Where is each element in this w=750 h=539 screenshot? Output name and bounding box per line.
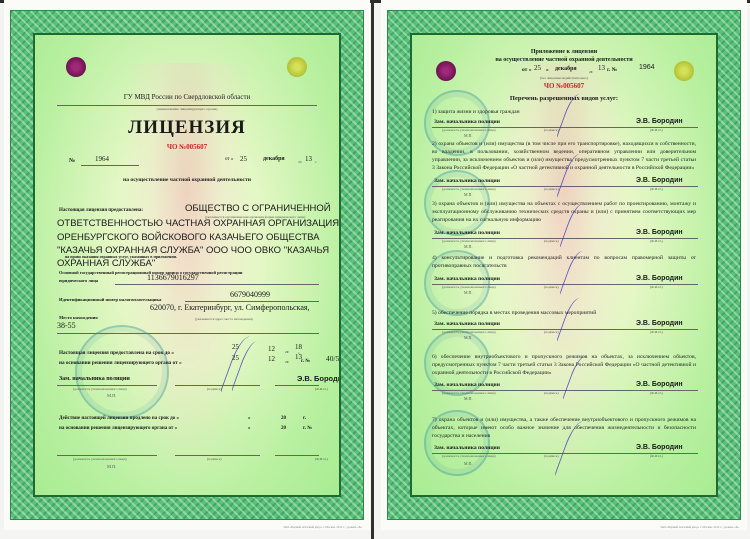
signer-name: Э.В. Бородин (636, 229, 683, 236)
series-number: ЧО №005607 (35, 143, 339, 151)
license-number: 1964 (95, 155, 109, 163)
appendix-date-prefix: от « (522, 67, 532, 73)
issue-month: декабря (263, 156, 285, 162)
org-name-line-3: ОРЕНБУРГСКОГО ВОЙСКОВОГО КАЗАЧЬЕГО ОБЩЕС… (57, 232, 320, 243)
seal-mark: М.П. (464, 133, 472, 138)
extension-basis-year: 20 (281, 426, 286, 431)
signer-position: Зам. начальника полиции (434, 382, 500, 388)
position-caption: (должность уполномоченного лица) (442, 128, 496, 132)
name-caption: (Ф.И.О.) (315, 387, 328, 391)
ext-position-caption: (должность уполномоченного лица) (73, 457, 127, 461)
basis-month: 12 (268, 355, 275, 363)
service-item: 2) охрана объектов и (или) имущества (в … (432, 140, 696, 172)
ext-position-line (57, 455, 157, 456)
basis-label: на основании решения лицензирующего орга… (59, 360, 182, 366)
number-label: № (69, 158, 75, 164)
term-year: 18 (295, 343, 302, 351)
name-caption: (Ф.И.О.) (650, 128, 663, 132)
position-caption: (должность уполномоченного лица) (442, 285, 496, 289)
address-line-2: 38-55 (57, 321, 76, 330)
olive-rosette-icon (287, 57, 307, 77)
name-caption: (Ф.И.О.) (650, 330, 663, 334)
license-page: ГУ МВД России по Свердловской области (н… (4, 0, 370, 530)
appendix-year: 13 (598, 64, 605, 72)
signer-position: Зам. начальника полиции (434, 445, 500, 451)
basis-year-prefix: 20 (285, 360, 289, 364)
term-year-prefix: 20 (285, 350, 289, 354)
signer-name: Э.В. Бородин (636, 381, 683, 388)
seal-mark: М.П. (464, 396, 472, 401)
service-item: 7) охрана объектов и (или) имущества, а … (432, 416, 696, 440)
seal-mark: М.П. (107, 393, 117, 398)
ogrn-label-2: юридического лица (59, 278, 98, 283)
signer-position: Зам. начальника полиции (434, 178, 500, 184)
inn-value: 6679040999 (230, 290, 270, 299)
license-body: ГУ МВД России по Свердловской области (н… (33, 33, 341, 497)
ext-signature-caption: (подпись) (207, 457, 222, 461)
guilloche-border: ГУ МВД России по Свердловской области (н… (10, 10, 364, 520)
name-caption: (Ф.И.О.) (650, 285, 663, 289)
address-line-1: 620070, г. Екатеринбург, ул. Симферополь… (150, 303, 310, 312)
handwritten-signature (556, 296, 587, 346)
location-label: Место нахождения (59, 315, 98, 320)
page-divider (371, 0, 374, 539)
signer-position: Зам. начальника полиции (434, 230, 500, 236)
appendix-title: Приложение к лицензии (412, 49, 716, 55)
name-caption: (Ф.И.О.) (650, 391, 663, 395)
appendix-day: 25 (534, 64, 541, 72)
term-month: 12 (268, 345, 275, 353)
name-caption: (Ф.И.О.) (650, 239, 663, 243)
signer-name: Э.В. Бородин (636, 275, 683, 282)
extension-suffix: г. (303, 416, 306, 421)
signer-position: Зам. начальника полиции (434, 321, 500, 327)
basis-number-label: г. № (301, 359, 310, 364)
ext-signature-line (175, 455, 260, 456)
seal-mark: М.П. (464, 290, 472, 295)
seal-mark: М.П. (464, 192, 472, 197)
signer-position: Зам. начальника полиции (59, 376, 130, 382)
position-caption: (должность уполномоченного лица) (442, 391, 496, 395)
guilloche-border-appendix: Приложение к лицензии на осуществление ч… (387, 10, 741, 520)
term-label: Настоящая лицензия предоставлена на срок… (59, 350, 174, 356)
appendix-number-label: г. № (607, 67, 617, 73)
appendix-day-suffix: » (546, 67, 549, 73)
signer-name: Э.В. Бородин (636, 118, 683, 125)
position-caption: (должность уполномоченного лица) (73, 387, 127, 391)
purple-rosette-icon (66, 57, 86, 77)
signature-caption: (подпись) (544, 128, 559, 132)
signature-caption: (подпись) (544, 239, 559, 243)
signer-position: Зам. начальника полиции (434, 119, 500, 125)
name-line (275, 385, 319, 386)
seal-mark: М.П. (464, 244, 472, 249)
signature-caption: (подпись) (544, 391, 559, 395)
appendix-body: Приложение к лицензии на осуществление ч… (410, 33, 718, 497)
address-caption: (указывается адрес места нахождения) (195, 317, 253, 321)
issuing-authority: ГУ МВД России по Свердловской области (35, 93, 339, 101)
issue-day: 25 (240, 155, 247, 163)
seal-mark: М.П. (464, 461, 472, 466)
signature-caption: (подпись) (544, 454, 559, 458)
ext-seal-mark: М.П. (107, 464, 117, 469)
org-name-line-5: ОХРАННАЯ СЛУЖБА" (57, 258, 155, 269)
number-underline (81, 165, 139, 166)
service-item: 3) охрана объектов и (или) имущества на … (432, 200, 696, 224)
appendix-series-number: ЧО №005607 (412, 82, 716, 90)
service-item: 6) обеспечение внутриобъектового и пропу… (432, 353, 696, 377)
signature-caption: (подпись) (544, 187, 559, 191)
org-name-line-1: ОБЩЕСТВО С ОГРАНИЧЕННОЙ (185, 203, 331, 214)
authority-caption: (наименование лицензирующего органа) (35, 107, 339, 111)
name-caption: (Ф.И.О.) (650, 454, 663, 458)
appendix-license-number: 1964 (639, 64, 655, 71)
document-title: ЛИЦЕНЗИЯ (35, 117, 339, 139)
appendix-month: декабря (555, 66, 577, 72)
signer-name: Э.В. Бородин (636, 177, 683, 184)
position-caption: (должность уполномоченного лица) (442, 239, 496, 243)
signature-caption: (подпись) (207, 387, 222, 391)
extension-basis-mid: » (248, 426, 251, 431)
ext-name-line (275, 455, 319, 456)
signature-caption: (подпись) (544, 285, 559, 289)
basis-number: 40/574-р (326, 354, 341, 363)
service-item: 4) консультирование и подготовка рекомен… (432, 254, 696, 270)
inn-label: Идентификационный номер налогоплательщик… (59, 297, 161, 302)
appendix-page: Приложение к лицензии на осуществление ч… (381, 0, 747, 530)
official-stamp (75, 325, 169, 419)
org-name-line-2: ОТВЕТСТВЕННОСТЬЮ ЧАСТНАЯ ОХРАННАЯ ОРГАНИ… (57, 218, 339, 229)
signer-name: Э.В. Бородин (636, 444, 683, 451)
extension-year: 20 (281, 416, 286, 421)
position-caption: (должность уполномоченного лица) (442, 187, 496, 191)
inn-underline (185, 301, 319, 302)
printer-footnote: ЗАО «Первый печатный двор» г. Москва, 20… (660, 525, 739, 529)
appendix-year-prefix: 20 (589, 70, 593, 74)
position-caption: (должность уполномоченного лица) (442, 454, 496, 458)
granted-to-label: Настоящая лицензия предоставлена: (59, 208, 143, 213)
date-prefix: от « (225, 157, 233, 162)
name-caption: (Ф.И.О.) (650, 187, 663, 191)
extension-label: Действие настоящей лицензии продлено на … (59, 416, 179, 421)
extension-basis-label: на основании решения лицензирующего орга… (59, 426, 177, 431)
ogrn-value: 1136679016297 (147, 273, 199, 282)
signer-name: Э.В. Бородин (636, 320, 683, 327)
license-purpose: на осуществление частной охранной деятел… (35, 177, 339, 183)
year-prefix: 20 (298, 160, 302, 164)
signer-name: Э.В. Бородин (297, 374, 341, 383)
service-item: 5) обеспечение порядка в местах проведен… (432, 309, 696, 317)
signer-position: Зам. начальника полиции (434, 276, 500, 282)
authority-underline (57, 105, 317, 106)
appendix-subtitle: на осуществление частной охранной деятел… (412, 57, 716, 63)
extension-basis-number-label: г. № (303, 426, 312, 431)
position-caption: (должность уполномоченного лица) (442, 330, 496, 334)
validity-note: (без лицензии недействительно) (412, 76, 716, 80)
printer-footnote: ЗАО «Первый печатный двор» г. Москва, 20… (283, 525, 362, 529)
ogrn-underline (115, 284, 319, 285)
year-suffix: г. (315, 160, 317, 164)
ext-name-caption: (Ф.И.О.) (315, 457, 328, 461)
position-line (57, 385, 157, 386)
signature-caption: (подпись) (544, 330, 559, 334)
extension-mid: » (248, 416, 251, 421)
seal-mark: М.П. (464, 335, 472, 340)
issue-year: 13 (305, 155, 312, 163)
